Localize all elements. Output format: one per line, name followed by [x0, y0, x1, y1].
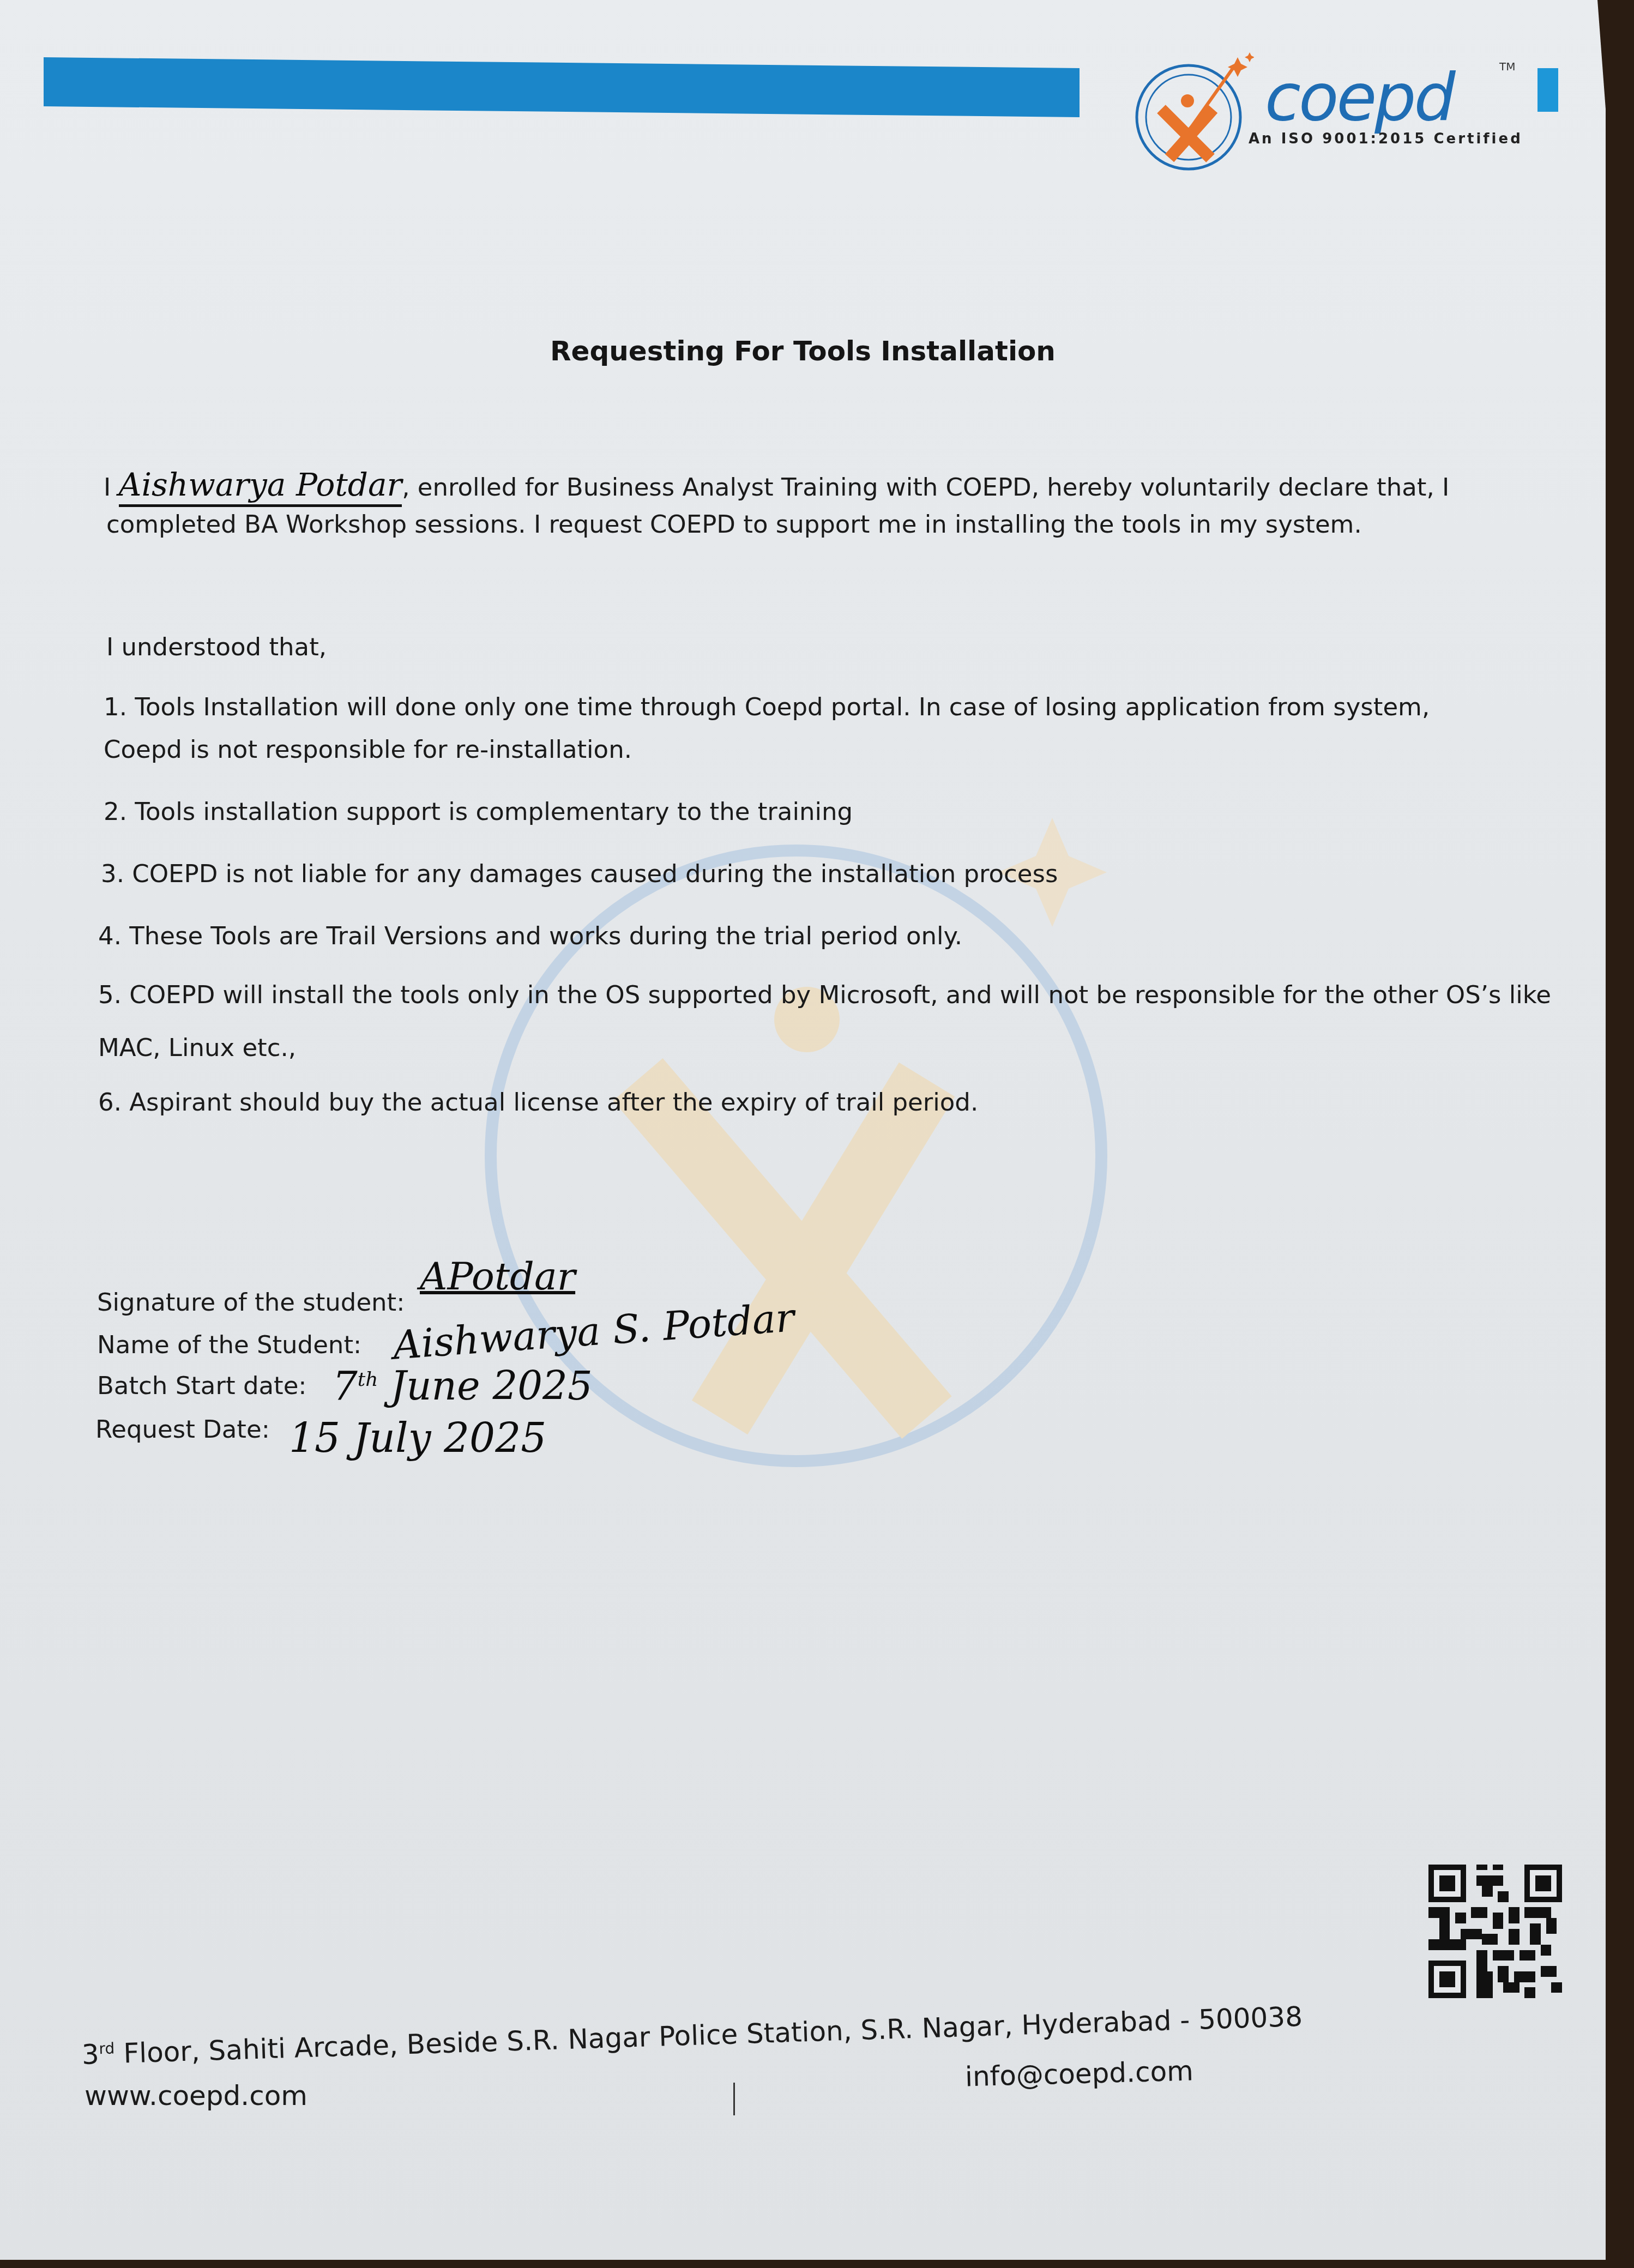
- term-1-line2: Coepd is not responsible for re-installa…: [104, 735, 632, 764]
- signature-label: Signature of the student:: [97, 1288, 405, 1317]
- term-3: 3. COEPD is not liable for any damages c…: [101, 859, 1058, 888]
- request-date-label: Request Date:: [95, 1415, 270, 1444]
- term-6: 6. Aspirant should buy the actual licens…: [98, 1088, 978, 1117]
- batch-day: 7: [333, 1363, 358, 1409]
- intro-paragraph-line1: I Aishwarya Potdar, enrolled for Busines…: [104, 466, 1449, 503]
- student-signature: APotdar: [420, 1254, 575, 1299]
- term-5-line1: 5. COEPD will install the tools only in …: [98, 980, 1551, 1009]
- intro-line1-text: , enrolled for Business Analyst Training…: [402, 473, 1449, 502]
- batch-start-label: Batch Start date:: [97, 1371, 307, 1400]
- document-title: Requesting For Tools Installation: [0, 335, 1606, 367]
- document-page: coepd TM An ISO 9001:2015 Certified Requ…: [0, 0, 1606, 2260]
- batch-day-suffix: th: [358, 1368, 378, 1391]
- footer-email-link[interactable]: info@coepd.com: [964, 2055, 1193, 2093]
- term-5-line2: MAC, Linux etc.,: [98, 1033, 296, 1062]
- footer-website-link[interactable]: www.coepd.com: [85, 2080, 307, 2112]
- understood-heading: I understood that,: [106, 632, 327, 661]
- brand-wordmark: coepd: [1265, 60, 1454, 136]
- batch-month-year: June 2025: [390, 1363, 592, 1409]
- footer-divider: [733, 2083, 735, 2115]
- batch-start-value: 7th June 2025: [333, 1363, 593, 1409]
- intro-paragraph-line2: completed BA Workshop sessions. I reques…: [106, 510, 1362, 539]
- term-4: 4. These Tools are Trail Versions and wo…: [98, 921, 962, 950]
- intro-prefix: I: [104, 473, 111, 502]
- coepd-logo: coepd TM An ISO 9001:2015 Certified: [1123, 27, 1537, 158]
- iso-certification: An ISO 9001:2015 Certified: [1249, 131, 1523, 147]
- student-name-handwritten: Aishwarya Potdar: [119, 466, 402, 507]
- address-floor-number: 3: [81, 2038, 100, 2071]
- term-2: 2. Tools installation support is complem…: [104, 797, 853, 826]
- header-side-mark: [1537, 68, 1558, 112]
- term-1-line1: 1. Tools Installation will done only one…: [104, 692, 1430, 721]
- seal-logo-icon: [1123, 49, 1254, 180]
- header-blue-bar: [44, 57, 1080, 117]
- request-date-value: 15 July 2025: [289, 1415, 546, 1462]
- trademark-mark: TM: [1499, 60, 1515, 73]
- name-label: Name of the Student:: [97, 1330, 361, 1359]
- qr-code-icon: [1428, 1865, 1562, 1998]
- address-floor-suffix: rd: [99, 2039, 115, 2058]
